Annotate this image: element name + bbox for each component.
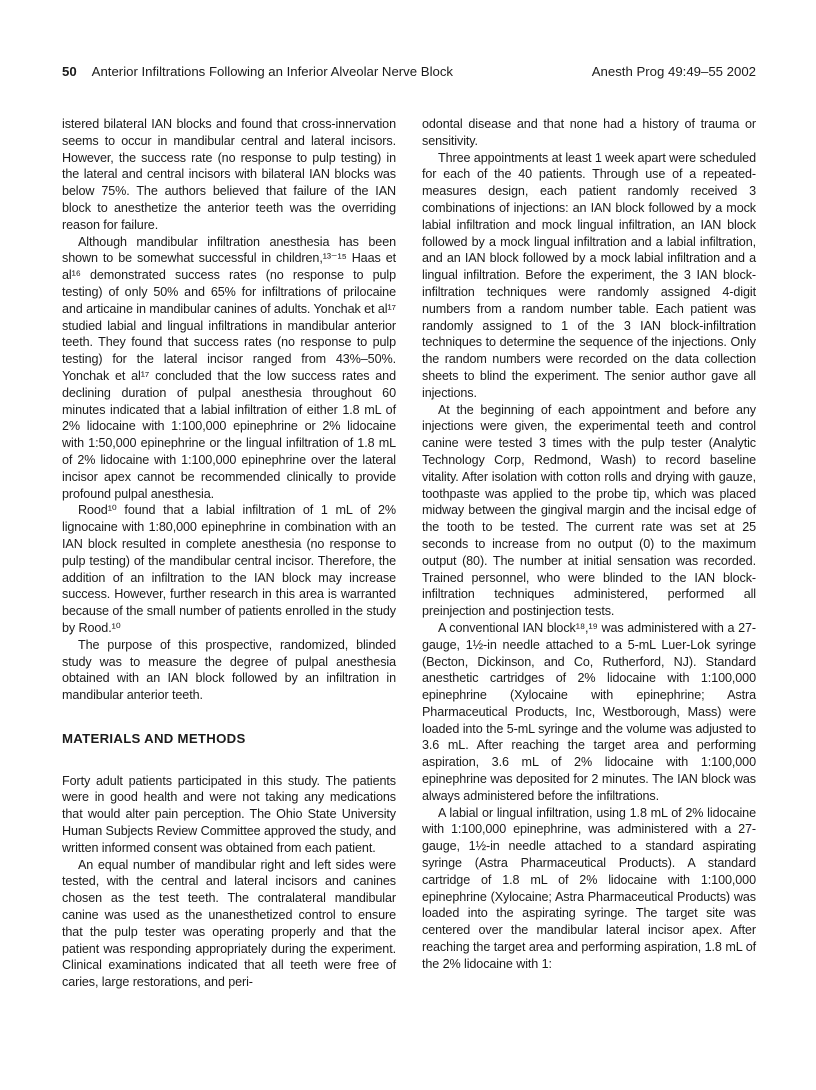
section-heading: MATERIALS AND METHODS: [62, 731, 396, 748]
page-number: 50: [62, 64, 77, 79]
body-paragraph: odontal disease and that none had a hist…: [422, 116, 756, 150]
header-left: 50 Anterior Infiltrations Following an I…: [62, 64, 453, 79]
body-paragraph: Three appointments at least 1 week apart…: [422, 150, 756, 402]
body-paragraph: The purpose of this prospective, randomi…: [62, 637, 396, 704]
body-paragraph: Although mandibular infiltration anesthe…: [62, 234, 396, 503]
page-header: 50 Anterior Infiltrations Following an I…: [62, 64, 756, 79]
body-paragraph: At the beginning of each appointment and…: [422, 402, 756, 620]
left-column: istered bilateral IAN blocks and found t…: [62, 116, 396, 991]
body-paragraph: istered bilateral IAN blocks and found t…: [62, 116, 396, 234]
body-paragraph: Forty adult patients participated in thi…: [62, 773, 396, 857]
body-paragraph: A labial or lingual infiltration, using …: [422, 805, 756, 973]
body-paragraph: Rood¹⁰ found that a labial infiltration …: [62, 502, 396, 636]
journal-page: 50 Anterior Infiltrations Following an I…: [0, 0, 816, 1090]
running-title: Anterior Infiltrations Following an Infe…: [92, 64, 453, 79]
body-paragraph: A conventional IAN block¹⁸,¹⁹ was admini…: [422, 620, 756, 805]
right-column: odontal disease and that none had a hist…: [422, 116, 756, 991]
body-paragraph: An equal number of mandibular right and …: [62, 857, 396, 991]
two-column-body: istered bilateral IAN blocks and found t…: [62, 116, 756, 991]
journal-citation: Anesth Prog 49:49–55 2002: [592, 64, 756, 79]
